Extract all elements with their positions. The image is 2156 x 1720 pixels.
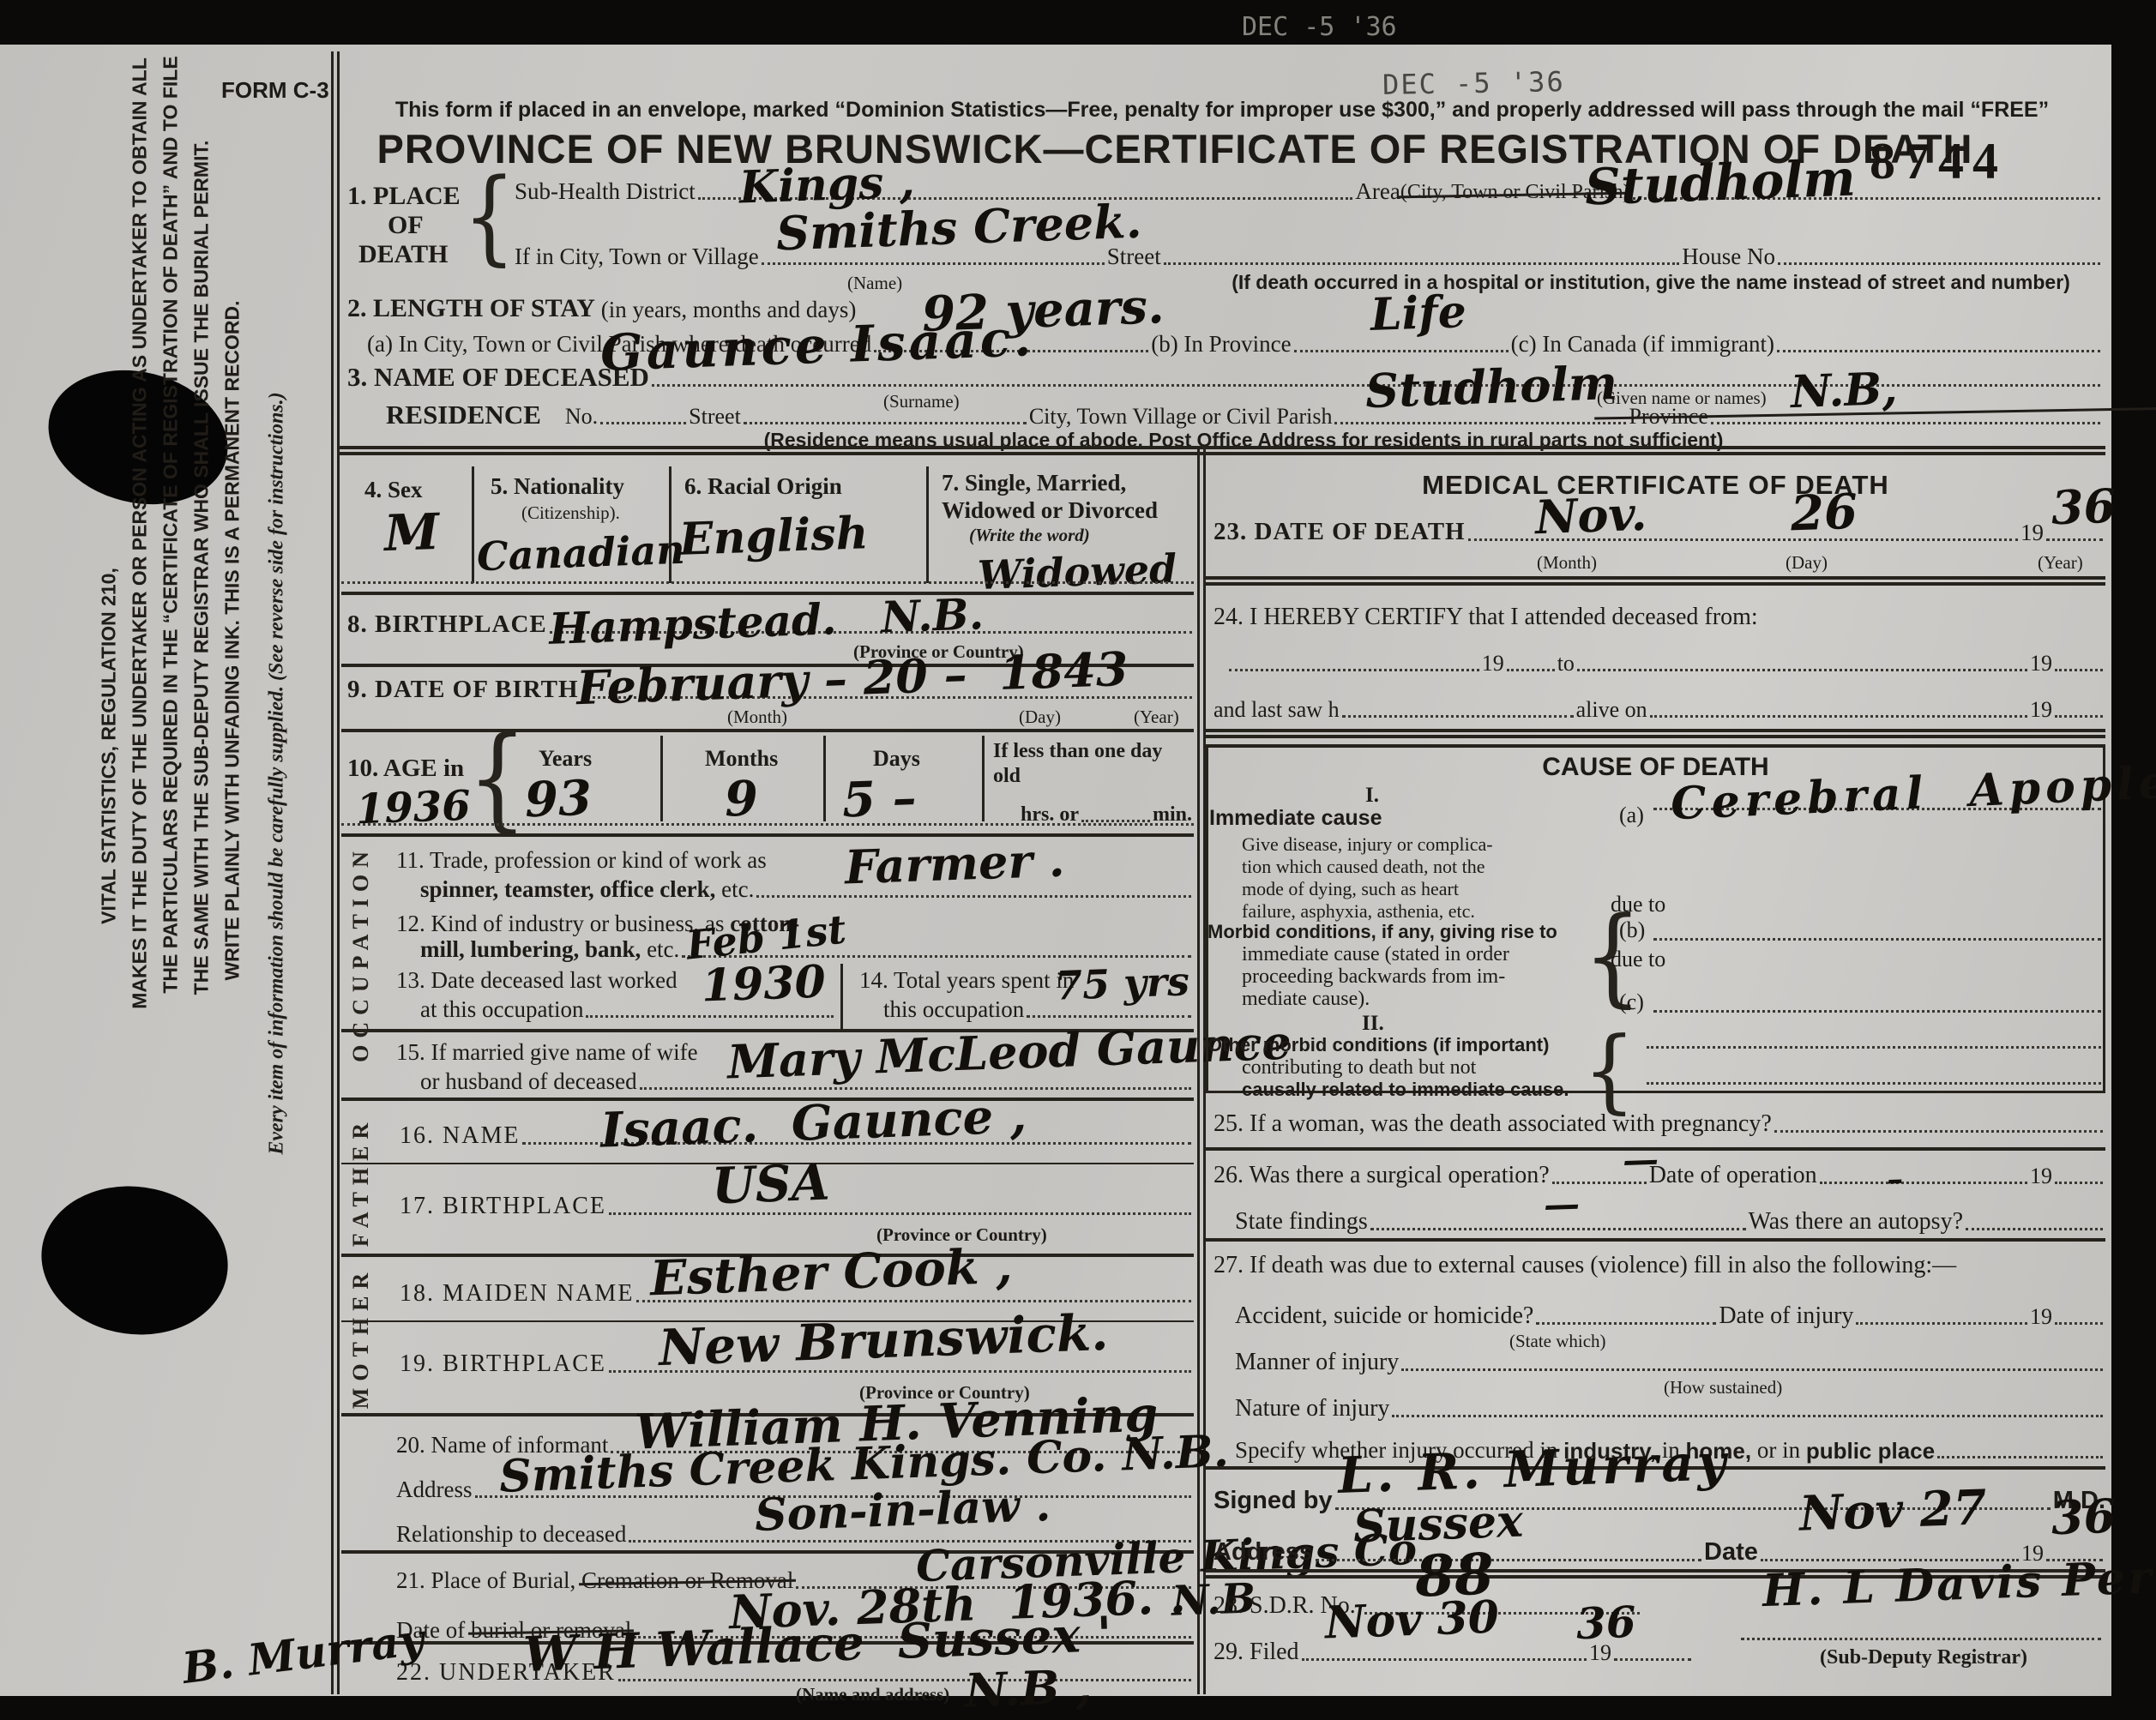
informant-address-label: Address <box>396 1477 473 1502</box>
dod-month-caption: (Month) <box>1537 552 1597 574</box>
registrar-caption: (Sub-Deputy Registrar) <box>1820 1646 2027 1669</box>
op-date-dash: – <box>1886 1163 1903 1196</box>
birthplace-label: 8. BIRTHPLACE <box>347 611 547 638</box>
house-label: House No <box>1682 244 1775 269</box>
cause-b-line <box>1653 936 2101 941</box>
surgical-year-line <box>2055 1180 2103 1184</box>
residence-street-label: Street <box>689 405 741 429</box>
op-date-line <box>1820 1180 2027 1184</box>
filed-year-value: 36 <box>1575 1601 1636 1645</box>
city-value: Smiths Creek. <box>775 198 1142 257</box>
other-label-2: contributing to death but not <box>1242 1056 1476 1080</box>
findings-label: State findings <box>1235 1209 1368 1235</box>
external-label: 27. If death was due to external causes … <box>1214 1252 1956 1279</box>
manner-line <box>1401 1367 2103 1371</box>
marital-value: Widowed <box>977 549 1177 595</box>
sex-value: M <box>383 507 440 558</box>
undertaker-value-2: N.B , <box>964 1663 1093 1713</box>
street-line <box>1164 261 1680 265</box>
area-label: Area <box>1355 179 1400 204</box>
age-less-label: If less than one day old <box>993 739 1190 789</box>
informant-rel-label: Relationship to deceased <box>396 1522 626 1547</box>
last-saw-label: and last saw h <box>1214 698 1340 722</box>
date-stamp: DEC -5 '36 <box>1382 65 1565 101</box>
nationality-label: 5. Nationality <box>491 473 624 500</box>
nature-label: Nature of injury <box>1235 1396 1389 1422</box>
birthdate-label: 9. DATE OF BIRTH <box>347 677 579 703</box>
informant-rel-value: Son-in-law . <box>754 1483 1051 1538</box>
father-birth-line <box>609 1211 1191 1215</box>
signed-value: L. R. Murray <box>1337 1437 1730 1500</box>
age-label: 10. AGE in <box>347 755 464 783</box>
stay-b-line <box>1294 348 1509 352</box>
surgical-label: 26. Was there a surgical operation? <box>1214 1163 1550 1188</box>
surgical-dash: — <box>1622 1141 1659 1178</box>
roman-one: I. <box>1365 784 1379 808</box>
table-divider-3 <box>926 466 929 583</box>
rule-after-23 <box>1206 576 2105 580</box>
residence-label: RESIDENCE <box>386 400 541 429</box>
pregnancy-row: 25. If a woman, was the death associated… <box>1214 1106 2105 1137</box>
residence-no-label: No. <box>565 405 598 429</box>
city-line <box>762 261 1105 265</box>
morbid-label-3: proceeding backwards from im- <box>1242 965 1505 989</box>
age-days-label: Days <box>873 746 920 772</box>
pregnancy-line <box>1774 1128 2103 1133</box>
last-saw-line-2 <box>1650 713 2027 718</box>
medical-title: MEDICAL CERTIFICATE OF DEATH <box>1206 470 2105 501</box>
trade-line <box>756 893 1191 898</box>
autopsy-label: Was there an autopsy? <box>1749 1209 1963 1235</box>
worked-label-1: 13. Date deceased last worked <box>396 967 678 994</box>
cause-b-label: (b) <box>1619 917 1645 943</box>
stay-label: 2. LENGTH OF STAY <box>347 295 595 322</box>
due-to-2: due to <box>1611 947 1665 972</box>
findings-line <box>1370 1226 1746 1230</box>
hospital-note: (If death occurred in a hospital or inst… <box>1196 271 2105 294</box>
total-label-1: 14. Total years spent in <box>859 967 1074 994</box>
age-divider-3 <box>982 736 985 821</box>
dod-label: 23. DATE OF DEATH <box>1214 519 1466 545</box>
father-birth-label: 17. BIRTHPLACE <box>400 1194 606 1219</box>
residence-province-line <box>1711 420 2100 424</box>
accident-label: Accident, suicide or homicide? <box>1235 1303 1533 1329</box>
filed-label: 29. Filed <box>1214 1639 1299 1665</box>
birthdate-month-caption: (Month) <box>727 707 787 728</box>
residence-city-value: Studholm <box>1364 359 1618 414</box>
main-double-rule <box>337 446 2105 449</box>
last-saw-19: 19 <box>2030 698 2052 722</box>
sex-label: 4. Sex <box>364 477 423 503</box>
age-months-value: 9 <box>724 774 759 823</box>
morbid-label-2: immediate cause (stated in order <box>1242 943 1509 966</box>
form-code: FORM C-3 <box>221 77 329 104</box>
immediate-note-2: tion which caused death, not the <box>1242 856 1485 878</box>
manner-label: Manner of injury <box>1235 1350 1399 1375</box>
place-label-3: DEATH <box>358 240 448 269</box>
table-dotted-line <box>341 580 1194 584</box>
md-address-label: Address <box>1214 1539 1313 1566</box>
margin-duty-note-3: THE SAME WITH THE SUB-DEPUTY REGISTRAR W… <box>190 141 214 995</box>
total-label-2: this occupation <box>883 997 1024 1022</box>
filed-line <box>1302 1657 1587 1661</box>
residence-province-value: N.B, <box>1790 367 1898 415</box>
age-divider-2 <box>823 736 826 821</box>
father-name-label: 16. NAME <box>400 1123 520 1149</box>
spouse-label-2: or husband of deceased <box>420 1069 637 1094</box>
stay-c-label: (c) In Canada (if immigrant) <box>1511 332 1774 357</box>
birthdate-year-caption: (Year) <box>1134 707 1179 728</box>
dod-month-value: Nov. <box>1534 490 1647 541</box>
immediate-cause-label: Immediate cause <box>1209 806 1382 831</box>
other-brace: { <box>1583 1025 1635 1116</box>
rule-after-table <box>341 592 1194 595</box>
last-saw-row: and last saw h alive on 19 <box>1214 691 2105 722</box>
undertaker-caption: (Name and address) <box>796 1684 949 1705</box>
mother-birth-label: 19. BIRTHPLACE <box>400 1351 606 1377</box>
residence-street-line <box>744 420 1027 424</box>
specify-orin: or in <box>1751 1438 1806 1463</box>
immediate-note-3: mode of dying, such as heart <box>1242 878 1459 900</box>
age-dotted-line <box>341 821 1194 826</box>
margin-duty-note-1: MAKES IT THE DUTY OF THE UNDERTAKER OR P… <box>129 57 152 1009</box>
age-months-label: Months <box>705 746 778 772</box>
morbid-label-1: Morbid conditions, if any, giving rise t… <box>1207 921 1557 943</box>
scanned-death-certificate: DEC -5 '36 VITAL STATISTICS, REGULATION … <box>0 0 2156 1720</box>
residence-no-line <box>600 420 686 424</box>
morbid-label-4: mediate cause). <box>1242 988 1370 1011</box>
father-name-value: Isaac. Gaunce , <box>599 1092 1027 1154</box>
specify-public: public place <box>1806 1439 1935 1463</box>
write-word-caption: (Write the word) <box>969 525 1090 546</box>
other-label-1: Other morbid conditions (if important) <box>1207 1034 1549 1056</box>
last-saw-line-1 <box>1342 713 1574 718</box>
manner-row: Manner of injury <box>1235 1344 2105 1375</box>
md-date-label: Date <box>1704 1539 1758 1566</box>
accident-line <box>1536 1320 1716 1325</box>
worked-line <box>586 1013 834 1018</box>
accident-year-line <box>2055 1320 2103 1325</box>
roman-two: II. <box>1362 1012 1384 1036</box>
margin-duty-note-2: THE PARTICULARS REQUIRED IN THE “CERTIFI… <box>160 56 183 993</box>
attended-19b: 19 <box>2030 652 2052 676</box>
dod-year-line <box>2046 537 2103 541</box>
trade-label-2b: etc. <box>715 877 754 902</box>
house-line <box>1778 261 2100 265</box>
divider-13-14 <box>840 964 843 1029</box>
undertaker-line <box>618 1677 1191 1681</box>
rule-after-age <box>341 833 1194 837</box>
dod-day-value: 26 <box>1790 488 1858 538</box>
marital-label-2: Widowed or Divorced <box>942 497 1158 524</box>
md-date-value: Nov 27 <box>1798 1483 1987 1538</box>
alive-on-label: alive on <box>1576 698 1647 722</box>
trade-label-2a: spinner, teamster, office clerk, <box>420 877 715 902</box>
total-line <box>1027 1013 1191 1018</box>
spouse-label-1: 15. If married give name of wife <box>396 1039 698 1066</box>
signed-label: Signed by <box>1214 1488 1333 1514</box>
certify-label: 24. I HEREBY CERTIFY that I attended dec… <box>1214 604 1758 631</box>
spouse-line <box>640 1086 1191 1090</box>
place-label-1: 1. PLACE <box>347 182 461 211</box>
dod-19: 19 <box>2020 520 2044 545</box>
racial-origin-label: 6. Racial Origin <box>684 473 842 500</box>
accident-row: Accident, suicide or homicide? Date of i… <box>1235 1298 2105 1329</box>
attended-line-1 <box>1229 667 1479 671</box>
filed-year-line <box>1614 1657 1691 1661</box>
area-value: Studholm <box>1584 153 1857 213</box>
district-label: Sub-Health District <box>515 179 696 204</box>
burial-place-label: 21. Place of Burial, <box>396 1568 581 1593</box>
dod-row: 23. DATE OF DEATH 19 <box>1214 511 2105 545</box>
nature-line <box>1392 1413 2103 1417</box>
last-saw-line-3 <box>2055 713 2103 718</box>
mother-maiden-value: Esther Cook , <box>649 1242 1013 1303</box>
stay-b-label: (b) In Province <box>1151 332 1291 357</box>
surgical-19: 19 <box>2030 1164 2052 1188</box>
attended-to: to <box>1557 652 1575 676</box>
rule-after-26 <box>1206 1238 2105 1242</box>
margin-supplied-note: Every item of information should be care… <box>266 392 289 1154</box>
injury-date-line <box>1856 1320 2027 1325</box>
mail-notice: This form if placed in an envelope, mark… <box>339 98 2105 123</box>
registrar-line <box>1741 1636 2101 1640</box>
city-label: If in City, Town or Village <box>515 244 759 269</box>
md-date-year-value: 36 <box>2051 1493 2117 1542</box>
pregnancy-label: 25. If a woman, was the death associated… <box>1214 1111 1772 1137</box>
trade-row: spinner, teamster, office clerk, etc. <box>420 873 1194 902</box>
margin-regulation-note: VITAL STATISTICS, REGULATION 210, <box>98 568 121 924</box>
undertaker-scribble: B. Murray <box>180 1618 426 1690</box>
nationality-value: Canadian <box>476 530 685 576</box>
deceased-value: Gaunce Isaac. <box>599 313 1035 378</box>
injury-date-label: Date of injury <box>1719 1303 1853 1329</box>
punch-hole-bottom <box>32 1175 238 1347</box>
md-address-line <box>1316 1557 1701 1561</box>
stay-b-value: Life <box>1370 290 1467 338</box>
worked-value: 1930 <box>701 959 826 1008</box>
cause-c-label: (c) <box>1619 989 1644 1015</box>
residence-city-line <box>1334 420 1626 424</box>
attended-line-2 <box>1507 667 1555 671</box>
left-frame-rule <box>331 51 334 1694</box>
other-line-1 <box>1647 1044 2101 1049</box>
father-birth-value: USA <box>711 1158 830 1212</box>
specify-line <box>1937 1454 2103 1458</box>
filed-value: Nov 30 <box>1324 1595 1500 1645</box>
age-years-value: 93 <box>524 774 593 825</box>
nature-row: Nature of injury <box>1235 1391 2105 1422</box>
dod-day-caption: (Day) <box>1786 552 1828 574</box>
marital-label-1: 7. Single, Married, <box>942 470 1126 496</box>
findings-dash: — <box>1543 1186 1580 1223</box>
worked-label-2: at this occupation <box>420 997 583 1022</box>
dod-year-value: 36 <box>2051 483 2117 532</box>
dod-year-caption: (Year) <box>2038 552 2083 574</box>
margin-duty-note-4: WRITE PLAINLY WITH UNFADING INK. THIS IS… <box>221 300 244 980</box>
industry-label-2b: etc. <box>641 937 679 962</box>
attended-line-4 <box>2055 667 2103 671</box>
racial-origin-value: English <box>678 511 869 562</box>
father-side-label: FATHER <box>348 1116 374 1247</box>
rule-after-24 <box>1206 729 2105 732</box>
place-brace: { <box>463 165 515 268</box>
attended-19a: 19 <box>1482 652 1504 676</box>
mother-birth-value: New Brunswick. <box>658 1308 1109 1373</box>
age-days-value: 5 – <box>841 774 917 825</box>
mother-maiden-label: 18. MAIDEN NAME <box>400 1281 634 1307</box>
op-date-label: Date of operation <box>1649 1163 1817 1188</box>
mother-side-label: MOTHER <box>348 1266 374 1409</box>
cause-c-line <box>1653 1008 2101 1013</box>
surgical-row: 26. Was there a surgical operation? Date… <box>1214 1158 2105 1188</box>
birthdate-day-caption: (Day) <box>1019 707 1061 728</box>
citizenship-caption: (Citizenship). <box>521 502 620 524</box>
date-stamp-top: DEC -5 '36 <box>1242 12 1397 42</box>
stay-c-line <box>1777 348 2100 352</box>
immediate-note-1: Give disease, injury or complica- <box>1242 833 1493 856</box>
autopsy-line <box>1966 1226 2103 1230</box>
accident-19: 19 <box>2030 1305 2052 1329</box>
age-divider-1 <box>660 736 663 821</box>
table-divider-1 <box>472 466 474 583</box>
residence-city-label: City, Town Village or Civil Parish <box>1029 405 1333 429</box>
attended-row: 19 to 19 <box>1226 645 2105 676</box>
city-row: If in City, Town or Village Street House… <box>515 235 2103 269</box>
residence-province-label: Province <box>1629 405 1707 429</box>
immediate-note-4: failure, asphyxia, asthenia, etc. <box>1242 900 1475 923</box>
findings-row: State findings Was there an autopsy? <box>1235 1204 2105 1235</box>
trade-value: Farmer . <box>844 837 1065 891</box>
age-brace: { <box>467 721 527 834</box>
attended-line-3 <box>1577 667 2027 671</box>
age-years-label: Years <box>539 746 592 772</box>
other-label-3: causally related to immediate cause. <box>1242 1079 1569 1101</box>
cause-a-label: (a) <box>1619 803 1644 828</box>
industry-label-2a: mill, lumbering, bank, <box>420 937 641 962</box>
total-value: 75 yrs <box>1054 961 1189 1005</box>
certificate-paper: VITAL STATISTICS, REGULATION 210, MAKES … <box>0 45 2111 1696</box>
trade-label-1: 11. Trade, profession or kind of work as <box>396 847 767 874</box>
other-line-2 <box>1647 1080 2101 1085</box>
place-label-2: OF <box>388 211 424 240</box>
